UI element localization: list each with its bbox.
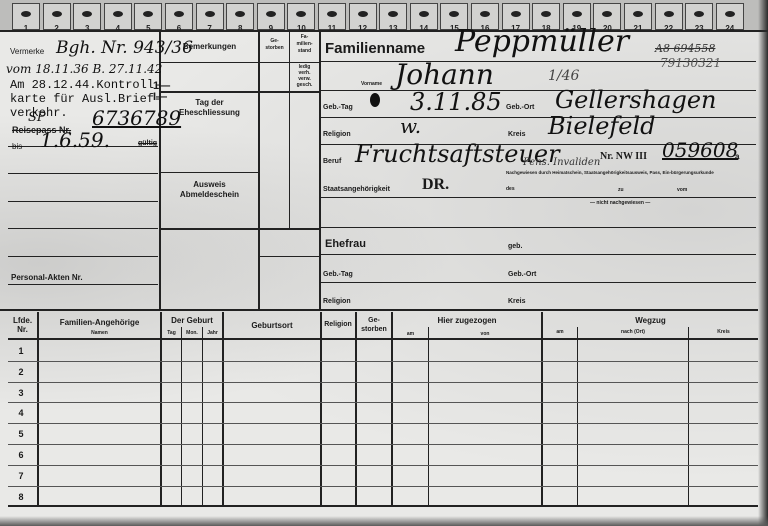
- row-number: 1: [14, 346, 28, 356]
- crossed-number: A8 694558: [655, 42, 715, 55]
- nr-value: 059608: [662, 138, 738, 162]
- tab-number: 7: [207, 24, 211, 33]
- divider: [258, 32, 260, 310]
- bemerkungen-label: Bemerkungen: [162, 42, 257, 51]
- divider: [160, 91, 320, 93]
- th-hier-zugezogen: Hier zugezogen: [393, 316, 541, 325]
- reisepass-prefix: SP: [28, 110, 46, 125]
- tab-number: 13: [389, 24, 398, 33]
- th-mon: Mon.: [182, 330, 202, 336]
- des-label: des: [506, 186, 515, 192]
- th-namen: Namen: [39, 330, 160, 336]
- punch-hole-icon: [480, 11, 490, 17]
- tab-number: 1: [24, 24, 28, 33]
- tab-number: 4: [116, 24, 120, 33]
- ehefrau-geb-ort-label: Geb.-Ort: [508, 271, 536, 278]
- punch-hole-icon: [296, 11, 306, 17]
- nr-label: Nr. NW III: [600, 151, 647, 162]
- personal-akten-label: Personal-Akten Nr.: [11, 273, 83, 282]
- ehefrau-religion-label: Religion: [323, 298, 351, 305]
- kreis-value: Bielefeld: [548, 112, 656, 140]
- divider: [321, 117, 756, 118]
- index-tab: 7: [196, 3, 224, 30]
- bis-label: bis: [12, 142, 22, 151]
- familienname-label: Familienname: [325, 40, 425, 57]
- index-tab: 14: [410, 3, 438, 30]
- tab-number: 9: [269, 24, 273, 33]
- tab-number: 10: [297, 24, 306, 33]
- tab-number: 3: [85, 24, 89, 33]
- punch-hole-icon: [664, 11, 674, 17]
- vorname-label: Vorname: [361, 81, 382, 87]
- vorname-note: 1/46: [548, 68, 579, 84]
- punch-hole-icon: [694, 11, 704, 17]
- divider: [160, 62, 320, 63]
- tab-number: 5: [146, 24, 150, 33]
- punch-hole-icon: [52, 11, 62, 17]
- nachgewiesen-text: Nachgewiesen durch Heimatschein, Staatsa…: [506, 170, 756, 176]
- th-jahr: Jahr: [203, 330, 222, 336]
- vom-label: vom: [677, 187, 687, 193]
- table-row-line: [8, 444, 758, 445]
- index-tab: 5: [134, 3, 162, 30]
- geb-tag-label: Geb.-Tag: [323, 104, 353, 111]
- card-edge: [758, 0, 768, 526]
- punch-hole-icon: [572, 11, 582, 17]
- divider: [0, 309, 758, 311]
- punch-hole-icon: [511, 11, 521, 17]
- th-weg-kreis: Kreis: [689, 329, 758, 335]
- punch-hole-icon: [327, 11, 337, 17]
- divider: [8, 228, 158, 229]
- index-tab: 12: [349, 3, 377, 30]
- th-geburtsort: Geburtsort: [224, 321, 320, 330]
- beruf-label: Beruf: [323, 158, 341, 165]
- row-number: 7: [14, 471, 28, 481]
- index-tab: 10: [287, 3, 315, 30]
- tab-number: 6: [177, 24, 181, 33]
- ehefrau-geb-tag-label: Geb.-Tag: [323, 271, 353, 278]
- religion-value: w.: [400, 114, 421, 138]
- geb-ort-value: Gellershagen: [555, 86, 717, 114]
- th-weg-nach: nach (Ort): [578, 329, 688, 335]
- th-lfd-nr: Lfde. Nr.: [8, 316, 37, 334]
- table-row-line: [8, 486, 758, 487]
- index-tab: 23: [685, 3, 713, 30]
- punch-hole-icon: [388, 11, 398, 17]
- punch-hole-icon: [235, 11, 245, 17]
- row-number: 8: [14, 492, 28, 502]
- ehefrau-label: Ehefrau: [325, 238, 366, 250]
- top-right-number: 79130321: [660, 56, 721, 70]
- divider: [160, 172, 259, 173]
- tab-number: 2: [54, 24, 58, 33]
- familienstand-options: ledig verh. verw. gesch.: [290, 64, 319, 88]
- tab-number: 12: [358, 24, 367, 33]
- row-number: 5: [14, 429, 28, 439]
- tab-strip: 123456789101112131415161718192021222324: [0, 0, 768, 32]
- punch-hole-icon: [21, 11, 31, 17]
- geb-tag-value: 3.11.85: [410, 88, 502, 116]
- familienname-value: Peppmüller: [455, 24, 629, 59]
- th-religion: Religion: [321, 321, 355, 328]
- divider: [8, 284, 158, 285]
- ink-blot: [370, 93, 380, 107]
- index-tab: 8: [226, 3, 254, 30]
- bis-value: 1.6.59.: [40, 128, 110, 152]
- staatsangehoerigkeit-value: DR.: [422, 176, 449, 194]
- tab-number: 23: [695, 24, 704, 33]
- card-edge: [0, 516, 768, 526]
- punch-hole-icon: [358, 11, 368, 17]
- index-tab: 11: [318, 3, 346, 30]
- punch-hole-icon: [266, 11, 276, 17]
- divider: [260, 256, 320, 257]
- th-angehoerige: Familien-Angehörige: [39, 318, 160, 327]
- tab-number: 14: [419, 24, 428, 33]
- bis-suffix: gültig: [138, 140, 157, 147]
- tab-number: 11: [328, 24, 336, 33]
- th-zug-von: von: [429, 331, 541, 337]
- divider: [8, 256, 158, 257]
- punch-hole-icon: [633, 11, 643, 17]
- geb-ort-label: Geb.-Ort: [506, 104, 534, 111]
- divider: [321, 254, 756, 255]
- tab-number: 8: [238, 24, 242, 33]
- table-row-line: [8, 382, 758, 383]
- index-tab: 9: [257, 3, 285, 30]
- religion-label: Religion: [323, 131, 351, 138]
- row-number: 2: [14, 367, 28, 377]
- typed-note: Am 28.12.44.Kontroll-: [10, 78, 161, 92]
- tab-number: 24: [725, 24, 734, 33]
- th-gestorben: Ge- storben: [357, 316, 391, 334]
- punch-hole-icon: [602, 11, 612, 17]
- th-wegzug: Wegzug: [543, 316, 758, 325]
- punch-hole-icon: [82, 11, 92, 17]
- staatsangehoerigkeit-label: Staatsangehörigkeit: [323, 186, 390, 193]
- divider: [8, 201, 158, 202]
- kreis-label: Kreis: [508, 131, 526, 138]
- gestorben-label: Ge- storben: [260, 38, 289, 52]
- eheschliessung-label: Tag der Eheschliessung: [162, 98, 257, 118]
- divider: [321, 282, 756, 283]
- index-tab: 6: [165, 3, 193, 30]
- ehefrau-kreis-label: Kreis: [508, 298, 526, 305]
- ausweis-label: Ausweis Abmeldeschein: [162, 180, 257, 200]
- punch-hole-icon: [449, 11, 459, 17]
- tab-number: 22: [664, 24, 673, 33]
- handwritten-note: vom 18.11.36 B. 27.11.42: [6, 62, 162, 76]
- th-tag: Tag: [162, 330, 181, 336]
- table-row-line: [8, 423, 758, 424]
- row-number: 6: [14, 450, 28, 460]
- punch-hole-icon: [419, 11, 429, 17]
- tab-number: 21: [634, 24, 643, 33]
- index-tab: 13: [379, 3, 407, 30]
- punch-hole-icon: [205, 11, 215, 17]
- vorname-value: Johann: [395, 58, 494, 91]
- punch-hole-icon: [541, 11, 551, 17]
- nicht-nachgewiesen: — nicht nachgewiesen —: [590, 200, 650, 206]
- th-der-geburt: Der Geburt: [162, 316, 222, 325]
- row-number: 4: [14, 408, 28, 418]
- th-weg-am: am: [543, 329, 577, 335]
- vermerke-label: Vermerke: [10, 47, 44, 56]
- table-row-line: [8, 465, 758, 466]
- punch-hole-icon: [113, 11, 123, 17]
- beruf-note: Pens. Invaliden: [523, 157, 600, 168]
- registration-card: 123456789101112131415161718192021222324 …: [0, 0, 768, 526]
- punch-hole-icon: [725, 11, 735, 17]
- index-tab: 22: [655, 3, 683, 30]
- index-tab: 1: [12, 3, 40, 30]
- zu-label: zu: [618, 187, 624, 193]
- index-tab: 24: [716, 3, 744, 30]
- index-tab: 4: [104, 3, 132, 30]
- punch-hole-icon: [143, 11, 153, 17]
- row-number: 3: [14, 388, 28, 398]
- index-tab: 2: [43, 3, 71, 30]
- divider: [321, 197, 756, 198]
- divider: [321, 227, 756, 228]
- typed-note: karte für Ausl.Brief-: [10, 92, 161, 106]
- divider: [319, 32, 321, 310]
- index-tab: 3: [73, 3, 101, 30]
- table-row-line: [8, 402, 758, 403]
- punch-hole-icon: [174, 11, 184, 17]
- th-zug-am: am: [393, 331, 428, 337]
- ehefrau-geb-label: geb.: [508, 243, 522, 250]
- divider: [8, 173, 158, 174]
- divider: [160, 228, 320, 230]
- nr-suffix: a: [735, 152, 739, 161]
- familienstand-label: Fa- milien- stand: [290, 34, 319, 55]
- table-row-line: [8, 361, 758, 362]
